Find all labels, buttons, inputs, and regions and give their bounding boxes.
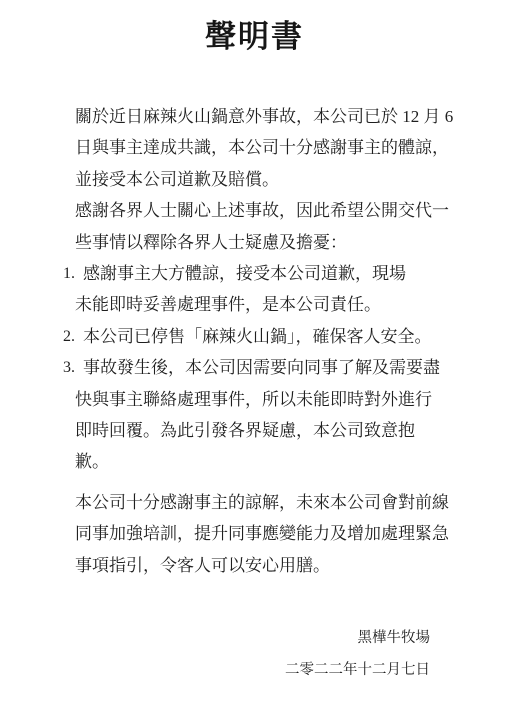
statement-document-page: 聲明書 關於近日麻辣火山鍋意外事故，本公司已於 12 月 6 日與事主達成共識，…: [0, 0, 509, 720]
text-line: 並接受本公司道歉及賠償。: [75, 164, 447, 195]
list-number: 1.: [63, 258, 75, 289]
list-number: 2.: [63, 321, 75, 352]
document-body: 關於近日麻辣火山鍋意外事故，本公司已於 12 月 6 日與事主達成共識，本公司十…: [75, 101, 447, 581]
list-item-3: 3. 事故發生後，本公司因需要向同事了解及需要盡: [75, 352, 447, 383]
list-item-text: 事故發生後，本公司因需要向同事了解及需要盡: [83, 358, 440, 377]
text-line: 同事加強培訓，提升同事應變能力及增加處理緊急: [75, 518, 447, 549]
text-line: 事項指引，令客人可以安心用膳。: [75, 550, 447, 581]
text-line: 未能即時妥善處理事件，是本公司責任。: [75, 289, 447, 320]
list-item-text: 本公司已停售「麻辣火山鍋」，確保客人安全。: [83, 327, 432, 346]
list-item-2: 2. 本公司已停售「麻辣火山鍋」，確保客人安全。: [75, 321, 447, 352]
list-item-1: 1. 感謝事主大方體諒，接受本公司道歉，現場: [75, 258, 447, 289]
document-title: 聲明書: [0, 17, 509, 57]
signature-date: 二零二二年十二月七日: [285, 655, 430, 686]
text-line: 歉。: [75, 446, 447, 477]
text-line: 感謝各界人士關心上述事故，因此希望公開交代一: [75, 195, 447, 226]
text-line: 快與事主聯絡處理事件，所以未能即時對外進行: [75, 384, 447, 415]
signature-company: 黑樺牛牧場: [358, 623, 431, 654]
list-item-text: 感謝事主大方體諒，接受本公司道歉，現場: [83, 264, 406, 283]
list-number: 3.: [63, 352, 75, 383]
text-line: 些事情以釋除各界人士疑慮及擔憂：: [75, 227, 447, 258]
text-line: 本公司十分感謝事主的諒解，未來本公司會對前線: [75, 487, 447, 518]
text-line: 關於近日麻辣火山鍋意外事故，本公司已於 12 月 6: [75, 101, 447, 132]
text-line: 即時回覆。為此引發各界疑慮，本公司致意抱: [75, 415, 447, 446]
text-line: 日與事主達成共識，本公司十分感謝事主的體諒，: [75, 132, 447, 163]
